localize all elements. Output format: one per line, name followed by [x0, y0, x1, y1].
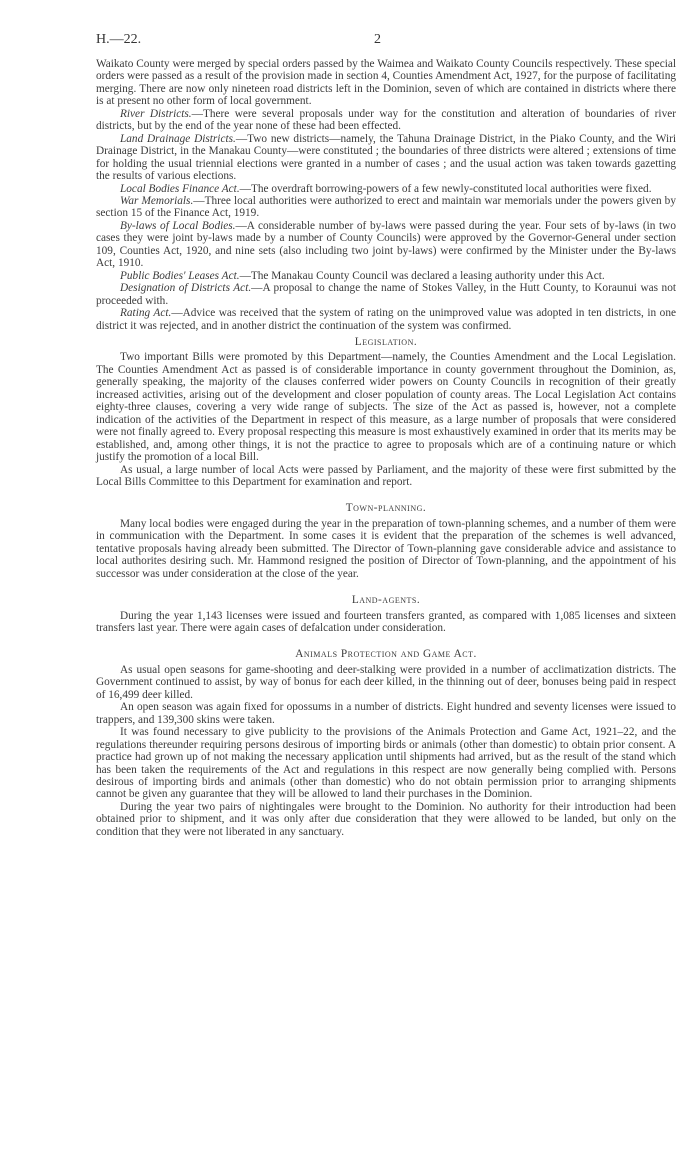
page-header: H.—22. 2: [96, 34, 676, 58]
subsection-leases-act: Public Bodies' Leases Act.—The Manakau C…: [96, 270, 676, 282]
intro-paragraph: Waikato County were merged by special or…: [96, 58, 676, 108]
subsection-by-laws: By-laws of Local Bodies.—A considerable …: [96, 220, 676, 270]
subsection-lead: Land Drainage Districts.: [120, 133, 236, 145]
legislation-paragraph: Two important Bills were promoted by thi…: [96, 351, 676, 463]
subsection-rating-act: Rating Act.—Advice was received that the…: [96, 307, 676, 332]
animals-paragraph: As usual open seasons for game-shooting …: [96, 664, 676, 701]
subsection-lead: Local Bodies Finance Act.: [120, 183, 240, 195]
subsection-finance-act: Local Bodies Finance Act.—The overdraft …: [96, 183, 676, 195]
town-planning-paragraph: Many local bodies were engaged during th…: [96, 518, 676, 580]
section-heading-animals-protection: Animals Protection and Game Act.: [96, 648, 676, 660]
subsection-lead: War Memorials.: [120, 195, 193, 207]
subsection-lead: Rating Act.: [120, 307, 171, 319]
land-agents-paragraph: During the year 1,143 licenses were issu…: [96, 610, 676, 635]
subsection-lead: By-laws of Local Bodies.: [120, 220, 235, 232]
subsection-text: —The overdraft borrowing-powers of a few…: [240, 183, 652, 195]
page-number: 2: [374, 34, 381, 46]
subsection-lead: Designation of Districts Act.: [120, 282, 251, 294]
subsection-river-districts: River Districts.—There were several prop…: [96, 108, 676, 133]
subsection-war-memorials: War Memorials.—Three local authorities w…: [96, 195, 676, 220]
subsection-text: —The Manakau County Council was declared…: [240, 270, 605, 282]
section-heading-land-agents: Land-agents.: [96, 594, 676, 606]
subsection-text: —Advice was received that the system of …: [96, 307, 676, 331]
subsection-land-drainage: Land Drainage Districts.—Two new distric…: [96, 133, 676, 183]
document-reference: H.—22.: [96, 34, 141, 46]
section-heading-town-planning: Town-planning.: [96, 502, 676, 514]
legislation-paragraph: As usual, a large number of local Acts w…: [96, 464, 676, 489]
animals-paragraph: An open season was again fixed for oposs…: [96, 701, 676, 726]
subsection-designation-act: Designation of Districts Act.—A proposal…: [96, 282, 676, 307]
document-page: H.—22. 2 Waikato County were merged by s…: [96, 34, 676, 838]
animals-paragraph: It was found necessary to give publicity…: [96, 726, 676, 801]
section-heading-legislation: Legislation.: [96, 336, 676, 348]
animals-paragraph: During the year two pairs of nightingale…: [96, 801, 676, 838]
subsection-lead: River Districts.: [120, 108, 192, 120]
subsection-lead: Public Bodies' Leases Act.: [120, 270, 240, 282]
